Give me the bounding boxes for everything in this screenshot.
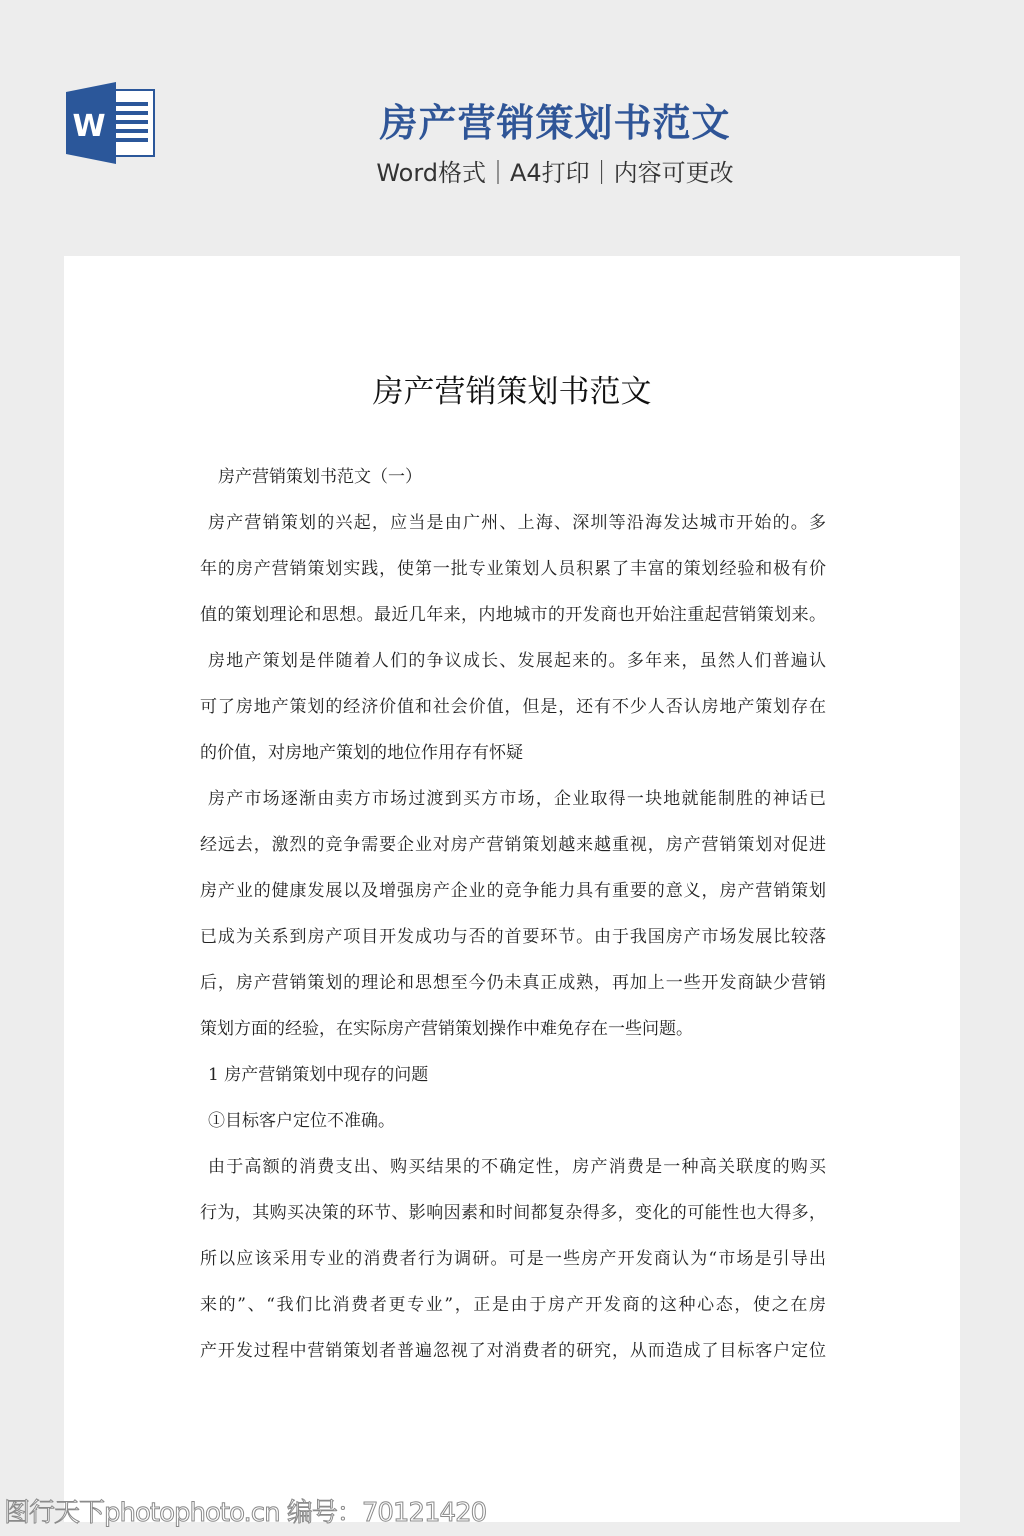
paragraph-line: 1 房产营销策划中现存的问题 <box>200 1060 826 1106</box>
document-title: 房产营销策划书范文 <box>64 366 960 411</box>
paragraph-line: 后，房产营销策划的理论和思想至今仍未真正成熟，再加上一些开发商缺少营销 <box>200 968 826 1014</box>
paragraph-line: 产开发过程中营销策划者普遍忽视了对消费者的研究，从而造成了目标客户定位 <box>200 1336 826 1382</box>
watermark-text: 图行天下photophoto.cn 编号：70121420 <box>4 1492 486 1529</box>
paragraph-line: 行为，其购买决策的环节、影响因素和时间都复杂得多，变化的可能性也大得多， <box>200 1198 826 1244</box>
svg-text:W: W <box>72 109 105 144</box>
word-doc-icon: W <box>64 80 156 166</box>
document-page: 房产营销策划书范文 房产营销策划书范文（一）房产营销策划的兴起，应当是由广州、上… <box>64 256 960 1522</box>
paragraph-line: 已成为关系到房产项目开发成功与否的首要环节。由于我国房产市场发展比较落 <box>200 922 826 968</box>
banner-subtitle: Word格式｜A4打印｜内容可更改 <box>330 153 780 188</box>
paragraph-line: 策划方面的经验，在实际房产营销策划操作中难免存在一些问题。 <box>200 1014 826 1060</box>
paragraph-line: 来的”、“我们比消费者更专业”，正是由于房产开发商的这种心态，使之在房 <box>200 1290 826 1336</box>
paragraph-line: 由于高额的消费支出、购买结果的不确定性，房产消费是一种高关联度的购买 <box>200 1152 826 1198</box>
paragraph-line: 值的策划理论和思想。最近几年来，内地城市的开发商也开始注重起营销策划来。 <box>200 600 826 646</box>
paragraph-line: 房产业的健康发展以及增强房产企业的竞争能力具有重要的意义，房产营销策划 <box>200 876 826 922</box>
paragraph-line: 经远去，激烈的竞争需要企业对房产营销策划越来越重视，房产营销策划对促进 <box>200 830 826 876</box>
paragraph-line: 房产营销策划的兴起，应当是由广州、上海、深圳等沿海发达城市开始的。多 <box>200 508 826 554</box>
paragraph-line: ①目标客户定位不准确。 <box>200 1106 826 1152</box>
banner-title: 房产营销策划书范文 <box>330 92 780 147</box>
paragraph-line: 所以应该采用专业的消费者行为调研。可是一些房产开发商认为“市场是引导出 <box>200 1244 826 1290</box>
paragraph-line: 的价值，对房地产策划的地位作用存有怀疑 <box>200 738 826 784</box>
paragraph-line: 房地产策划是伴随着人们的争议成长、发展起来的。多年来，虽然人们普遍认 <box>200 646 826 692</box>
paragraph-line: 可了房地产策划的经济价值和社会价值，但是，还有不少人否认房地产策划存在 <box>200 692 826 738</box>
banner-header: W 房产营销策划书范文 Word格式｜A4打印｜内容可更改 <box>0 0 1024 256</box>
paragraph-line: 房产营销策划书范文（一） <box>200 462 826 508</box>
document-body: 房产营销策划书范文（一）房产营销策划的兴起，应当是由广州、上海、深圳等沿海发达城… <box>200 462 826 1382</box>
paragraph-line: 房产市场逐渐由卖方市场过渡到买方市场，企业取得一块地就能制胜的神话已 <box>200 784 826 830</box>
paragraph-line: 年的房产营销策划实践，使第一批专业策划人员积累了丰富的策划经验和极有价 <box>200 554 826 600</box>
